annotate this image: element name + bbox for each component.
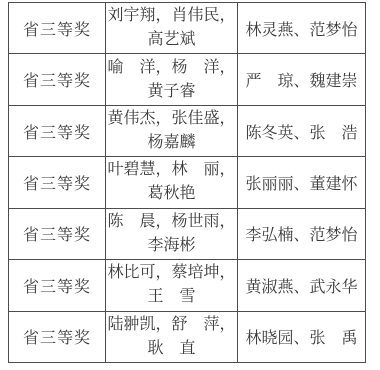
award-cell: 省三等奖 — [9, 311, 106, 362]
award-cell: 省三等奖 — [9, 208, 106, 259]
table-row: 省三等奖 陆翀凯，舒 萍， 耿 直 林晓园、张 禹 — [9, 311, 366, 362]
students-line2: 王 雪 — [106, 285, 237, 309]
students-line2: 黄子睿 — [106, 80, 237, 104]
students-line1: 叶碧慧，林 丽， — [106, 158, 237, 182]
table-row: 省三等奖 陈 晨，杨世雨， 李海彬 李弘楠、范梦怡 — [9, 208, 366, 259]
teachers-cell: 严 琼、魏建崇 — [238, 54, 366, 105]
teachers-cell: 陈冬英、张 浩 — [238, 105, 366, 156]
students-line2: 李海彬 — [106, 234, 237, 258]
students-cell: 喻 洋，杨 洋， 黄子睿 — [106, 54, 238, 105]
students-line2: 葛秋艳 — [106, 182, 237, 206]
teachers-cell: 黄淑燕、武永华 — [238, 260, 366, 311]
students-line1: 陈 晨，杨世雨， — [106, 210, 237, 234]
students-line1: 陆翀凯，舒 萍， — [106, 313, 237, 337]
students-line2: 高艺斌 — [106, 28, 237, 52]
table-row: 省三等奖 林比可，蔡培坤， 王 雪 黄淑燕、武永华 — [9, 260, 366, 311]
teachers-cell: 李弘楠、范梦怡 — [238, 208, 366, 259]
students-line2: 耿 直 — [106, 337, 237, 361]
teachers-cell: 林灵燕、范梦怡 — [238, 3, 366, 54]
students-cell: 陈 晨，杨世雨， 李海彬 — [106, 208, 238, 259]
table-row: 省三等奖 刘宇翔，肖伟民， 高艺斌 林灵燕、范梦怡 — [9, 3, 366, 54]
students-line1: 林比可，蔡培坤， — [106, 261, 237, 285]
students-line1: 喻 洋，杨 洋， — [106, 56, 237, 80]
award-cell: 省三等奖 — [9, 157, 106, 208]
students-line1: 刘宇翔，肖伟民， — [106, 4, 237, 28]
award-cell: 省三等奖 — [9, 3, 106, 54]
table-row: 省三等奖 叶碧慧，林 丽， 葛秋艳 张丽丽、董建怀 — [9, 157, 366, 208]
students-cell: 叶碧慧，林 丽， 葛秋艳 — [106, 157, 238, 208]
award-cell: 省三等奖 — [9, 54, 106, 105]
award-cell: 省三等奖 — [9, 260, 106, 311]
table-row: 省三等奖 喻 洋，杨 洋， 黄子睿 严 琼、魏建崇 — [9, 54, 366, 105]
students-cell: 陆翀凯，舒 萍， 耿 直 — [106, 311, 238, 362]
students-line2: 杨嘉麟 — [106, 131, 237, 155]
students-cell: 黄伟杰，张佳盛， 杨嘉麟 — [106, 105, 238, 156]
students-line1: 黄伟杰，张佳盛， — [106, 107, 237, 131]
teachers-cell: 林晓园、张 禹 — [238, 311, 366, 362]
students-cell: 刘宇翔，肖伟民， 高艺斌 — [106, 3, 238, 54]
award-table: 省三等奖 刘宇翔，肖伟民， 高艺斌 林灵燕、范梦怡 省三等奖 喻 洋，杨 洋， … — [8, 2, 366, 363]
award-cell: 省三等奖 — [9, 105, 106, 156]
table-row: 省三等奖 黄伟杰，张佳盛， 杨嘉麟 陈冬英、张 浩 — [9, 105, 366, 156]
document-page: 省三等奖 刘宇翔，肖伟民， 高艺斌 林灵燕、范梦怡 省三等奖 喻 洋，杨 洋， … — [0, 0, 380, 370]
students-cell: 林比可，蔡培坤， 王 雪 — [106, 260, 238, 311]
teachers-cell: 张丽丽、董建怀 — [238, 157, 366, 208]
